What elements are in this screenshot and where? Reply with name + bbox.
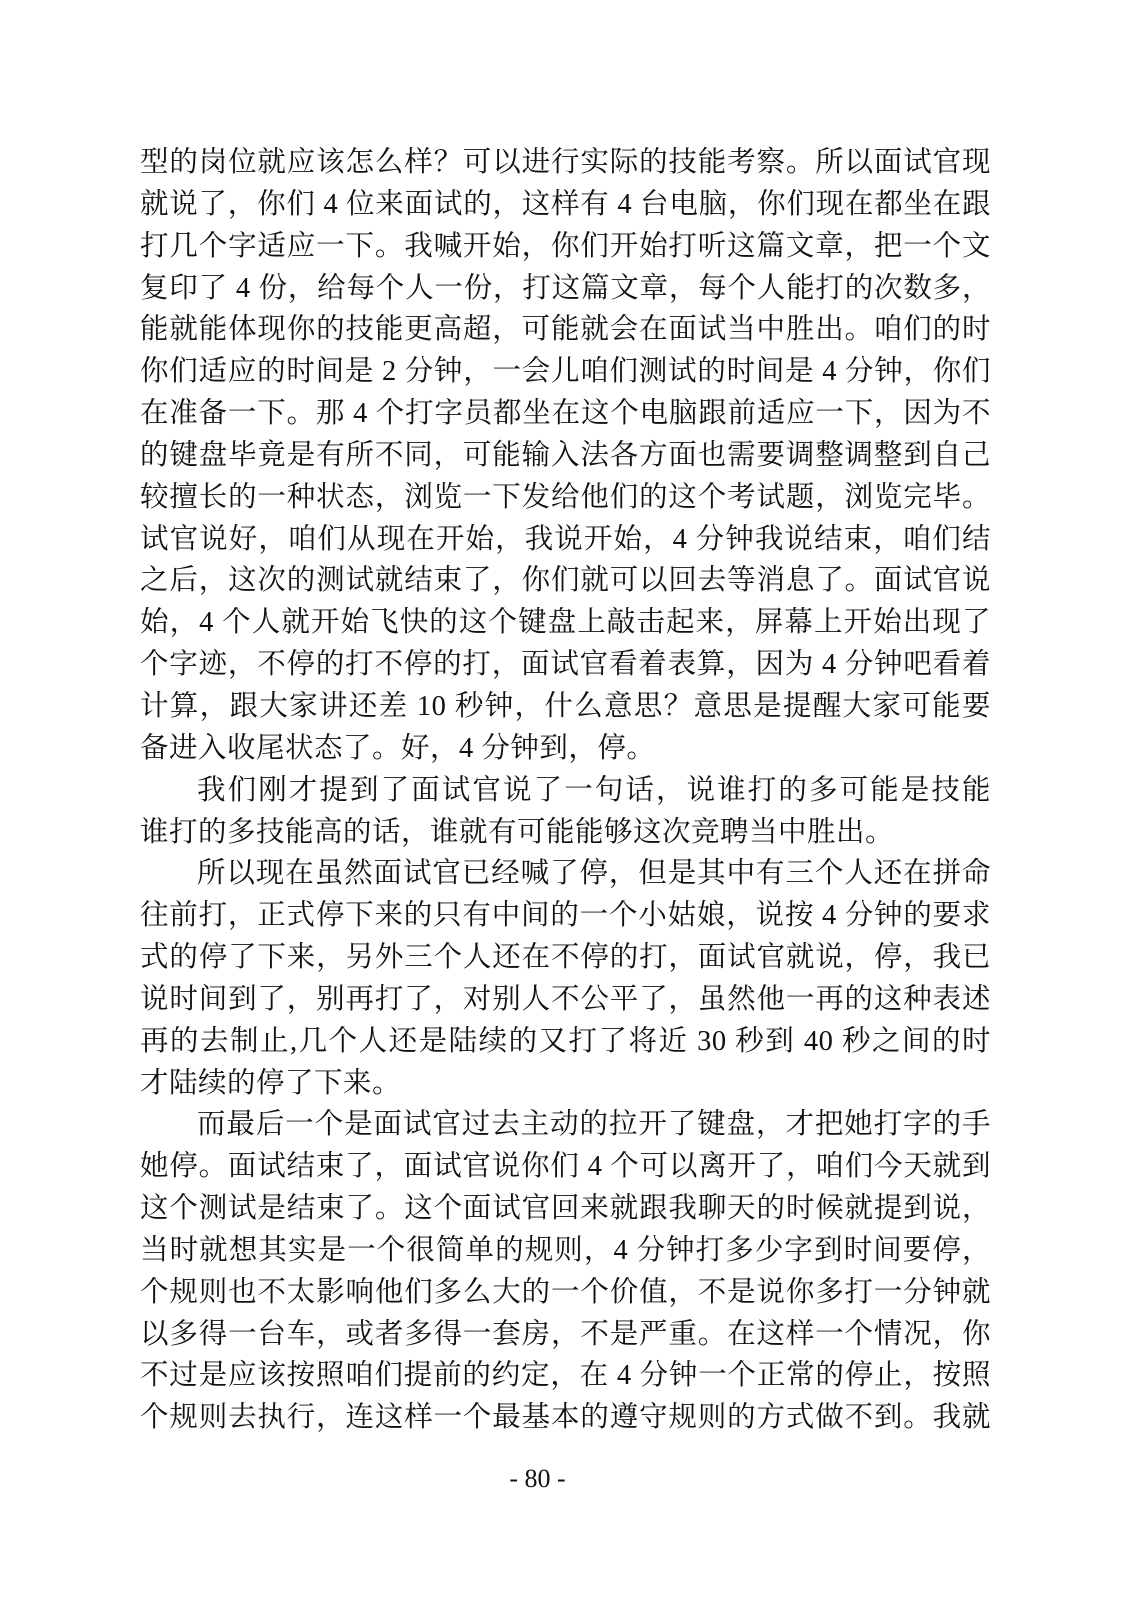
text-line: 计算，跟大家讲还差 10 秒钟，什么意思？意思是提醒大家可能要准 [140, 686, 991, 728]
page-number: - 80 - [0, 1462, 1131, 1496]
text-line: 我们刚才提到了面试官说了一句话，说谁打的多可能是技能高， [140, 770, 991, 812]
text-line: 再的去制止,几个人还是陆续的又打了将近 30 秒到 40 秒之间的时间， [140, 1021, 991, 1063]
text-line: 就说了，你们 4 位来面试的，这样有 4 台电脑，你们现在都坐在跟前 [140, 184, 991, 226]
document-body: 型的岗位就应该怎么样？可以进行实际的技能考察。所以面试官现在就说了，你们 4 位… [140, 142, 991, 1439]
text-line: 式的停了下来，另外三个人还在不停的打，面试官就说，停，我已经 [140, 937, 991, 979]
text-line: 在准备一下。那 4 个打字员都坐在这个电脑跟前适应一下，因为不同 [140, 393, 991, 435]
text-line: 以多得一台车，或者多得一套房，不是严重。在这样一个情况，你只 [140, 1314, 991, 1356]
text-line: 复印了 4 份，给每个人一份，打这篇文章，每个人能打的次数多，可 [140, 268, 991, 310]
text-line: 谁打的多技能高的话，谁就有可能能够这次竞聘当中胜出。 [140, 812, 991, 854]
text-line: 之后，这次的测试就结束了，你们就可以回去等消息了。面试官说开 [140, 560, 991, 602]
text-line: 个字迹，不停的打不停的打，面试官看着表算，因为 4 分钟吧看着表 [140, 644, 991, 686]
text-line: 而最后一个是面试官过去主动的拉开了键盘，才把她打字的手让 [140, 1104, 991, 1146]
text-line: 不过是应该按照咱们提前的约定，在 4 分钟一个正常的停止，按照这 [140, 1355, 991, 1397]
paragraph: 我们刚才提到了面试官说了一句话，说谁打的多可能是技能高，谁打的多技能高的话，谁就… [140, 770, 991, 854]
text-line: 说时间到了，别再打了，对别人不公平了，虽然他一再的这种表述一 [140, 979, 991, 1021]
paragraph: 而最后一个是面试官过去主动的拉开了键盘，才把她打字的手让她停。面试结束了，面试官… [140, 1104, 991, 1439]
text-line: 较擅长的一种状态，浏览一下发给他们的这个考试题，浏览完毕。面 [140, 477, 991, 519]
text-line: 个规则去执行，连这样一个最基本的遵守规则的方式做不到。我就在 [140, 1397, 991, 1439]
text-line: 备进入收尾状态了。好，4 分钟到，停。 [140, 728, 991, 770]
text-line: 试官说好，咱们从现在开始，我说开始，4 分钟我说结束，咱们结束 [140, 519, 991, 561]
text-line: 始，4 个人就开始飞快的这个键盘上敲击起来，屏幕上开始出现了这 [140, 602, 991, 644]
paragraph: 型的岗位就应该怎么样？可以进行实际的技能考察。所以面试官现在就说了，你们 4 位… [140, 142, 991, 770]
text-line: 这个测试是结束了。这个面试官回来就跟我聊天的时候就提到说，我 [140, 1188, 991, 1230]
text-line: 才陆续的停了下来。 [140, 1063, 991, 1105]
text-line: 她停。面试结束了，面试官说你们 4 个可以离开了，咱们今天就到这。 [140, 1146, 991, 1188]
text-line: 你们适应的时间是 2 分钟，一会儿咱们测试的时间是 4 分钟，你们现 [140, 351, 991, 393]
text-line: 打几个字适应一下。我喊开始，你们开始打听这篇文章，把一个文章 [140, 226, 991, 268]
text-line: 型的岗位就应该怎么样？可以进行实际的技能考察。所以面试官现在 [140, 142, 991, 184]
text-line: 当时就想其实是一个很简单的规则，4 分钟打多少字到时间要停，这 [140, 1230, 991, 1272]
text-line: 所以现在虽然面试官已经喊了停，但是其中有三个人还在拼命的 [140, 853, 991, 895]
text-line: 的键盘毕竟是有所不同，可能输入法各方面也需要调整调整到自己比 [140, 435, 991, 477]
text-line: 个规则也不太影响他们多么大的一个价值，不是说你多打一分钟就可 [140, 1272, 991, 1314]
text-line: 往前打，正式停下来的只有中间的一个小姑娘，说按 4 分钟的要求正 [140, 895, 991, 937]
document-page: 型的岗位就应该怎么样？可以进行实际的技能考察。所以面试官现在就说了，你们 4 位… [0, 0, 1131, 1600]
paragraph: 所以现在虽然面试官已经喊了停，但是其中有三个人还在拼命的往前打，正式停下来的只有… [140, 853, 991, 1104]
text-line: 能就能体现你的技能更高超，可能就会在面试当中胜出。咱们的时间 [140, 309, 991, 351]
